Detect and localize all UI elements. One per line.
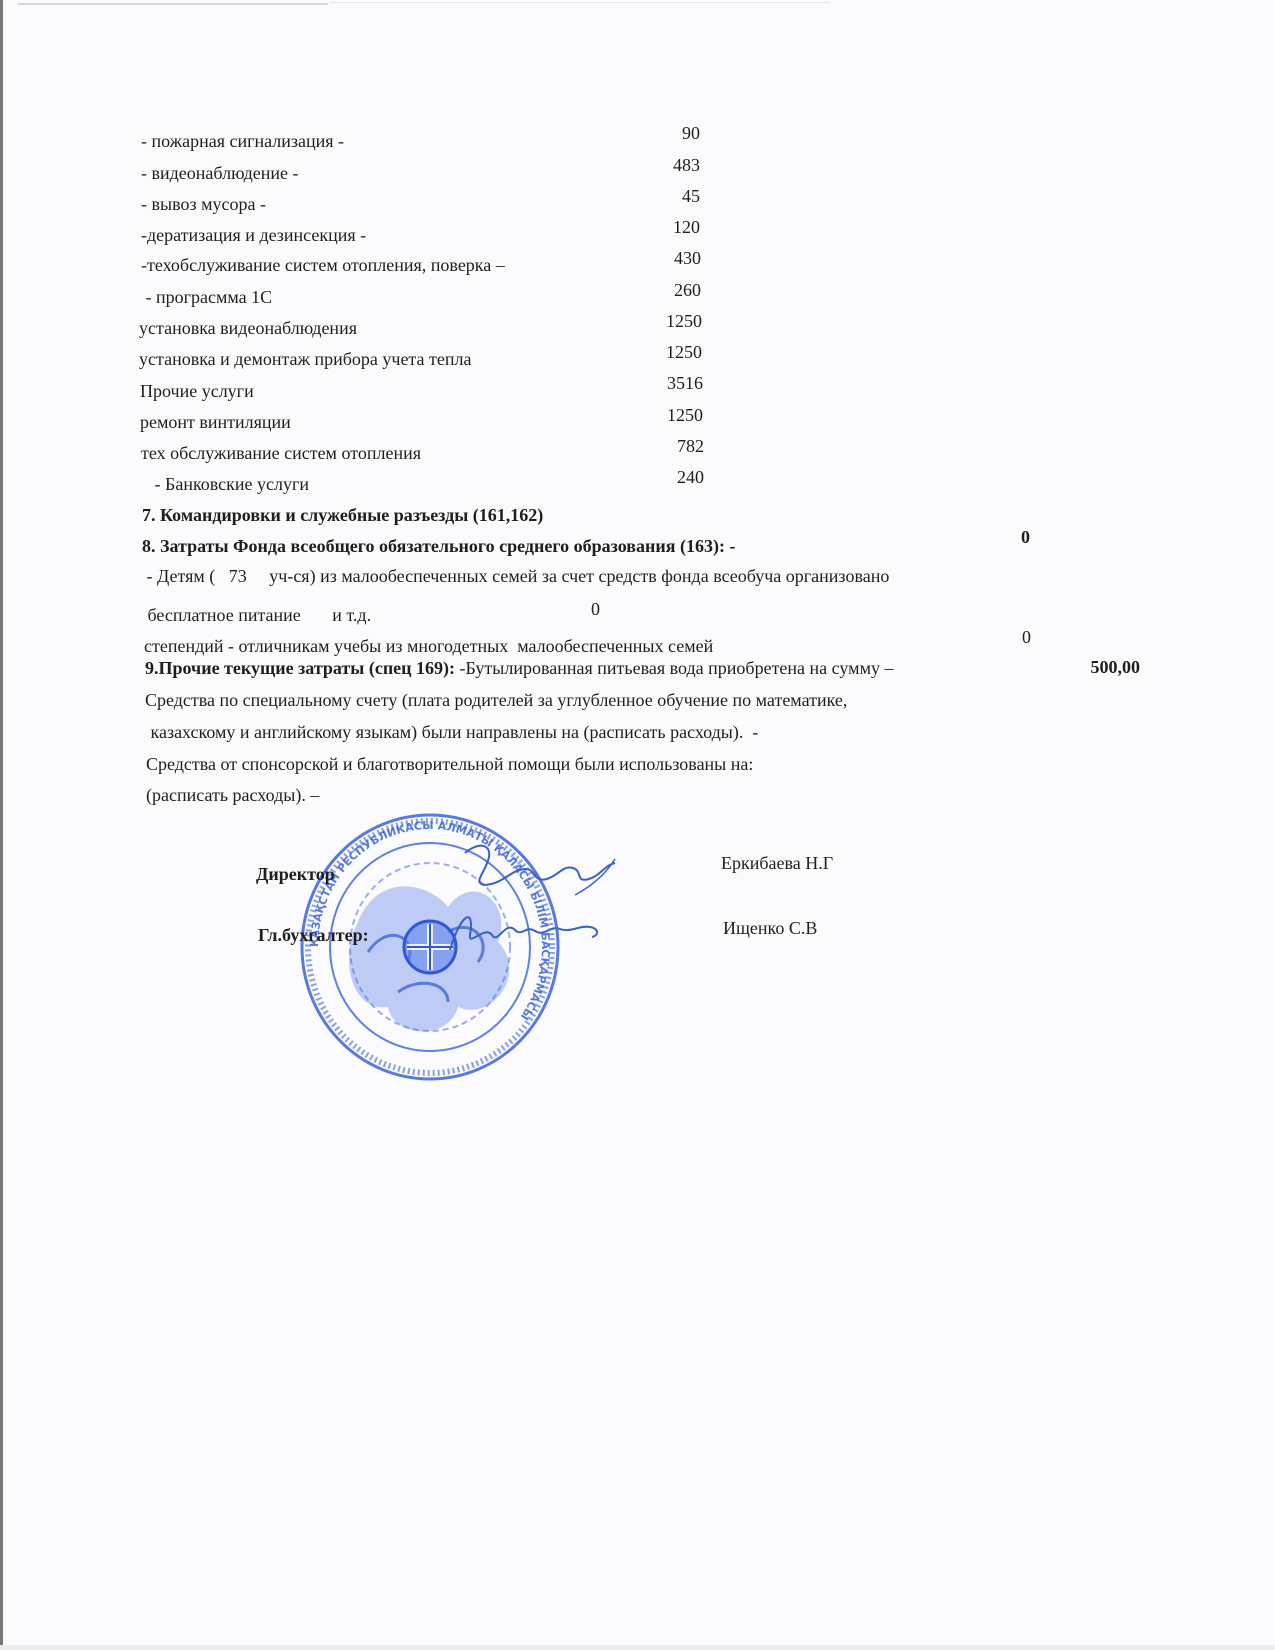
service-label: - пожарная сигнализация -: [141, 131, 344, 151]
service-value: 430: [621, 248, 701, 268]
accountant-label: Гл.бухгалтер:: [258, 925, 369, 945]
director-name: Еркибаева Н.Г: [721, 853, 833, 873]
section-8-line-children: - Детям ( 73 уч-ся) из малообеспеченных …: [142, 566, 889, 586]
service-value: 1250: [623, 405, 703, 425]
section-7-heading: 7. Командировки и служебные разъезды (16…: [142, 505, 543, 525]
scan-edge-bottom: [0, 1645, 1275, 1650]
service-value: 782: [624, 436, 704, 456]
scan-edge-top-faint: [330, 2, 830, 3]
service-label: установка и демонтаж прибора учета тепла: [139, 349, 471, 369]
service-value: 1250: [622, 342, 702, 362]
service-value: 45: [620, 186, 700, 206]
service-label: - вывоз мусора -: [141, 194, 266, 214]
service-label: установка видеонаблюдения: [139, 318, 357, 338]
service-value: 483: [620, 155, 700, 175]
service-value: 260: [621, 280, 701, 300]
section-9-value: 500,00: [1060, 657, 1140, 677]
scan-edge-top: [18, 3, 328, 5]
section-8-line-meals: бесплатное питание и т.д.: [143, 605, 371, 625]
service-label: -дератизация и дезинсекция -: [141, 225, 366, 245]
section-8-stipends-value: 0: [951, 627, 1031, 647]
sponsorship-paragraph-2: (расписать расходы). –: [146, 785, 319, 805]
accountant-signature: [430, 895, 610, 965]
section-9-heading: 9.Прочие текущие затраты (спец 169):: [145, 658, 460, 678]
service-label: тех обслуживание систем отопления: [141, 443, 421, 463]
section-9-line: 9.Прочие текущие затраты (спец 169): -Бу…: [145, 658, 893, 678]
service-label: Прочие услуги: [140, 381, 254, 401]
special-account-paragraph-1: Средства по специальному счету (плата ро…: [145, 690, 847, 710]
sponsorship-paragraph-1: Средства от спонсорской и благотворитель…: [146, 754, 753, 774]
service-label: -техобслуживание систем отопления, повер…: [141, 255, 505, 275]
scan-edge-left: [0, 0, 3, 1650]
service-label: - видеонаблюдение -: [141, 163, 299, 183]
service-label: - програсмма 1С: [141, 287, 272, 307]
accountant-name: Ищенко С.В: [723, 918, 817, 938]
service-value: 90: [620, 123, 700, 143]
special-account-paragraph-2: казахскому и английскому языкам) были на…: [146, 722, 758, 742]
service-value: 1250: [622, 311, 702, 331]
service-label: - Банковские услуги: [141, 474, 309, 494]
service-value: 120: [620, 217, 700, 237]
section-8-line-stipends: степендий - отличникам учебы из многодет…: [144, 636, 713, 656]
service-value: 240: [624, 467, 704, 487]
section-8-value: 0: [950, 527, 1030, 547]
director-label: Директор: [256, 864, 335, 884]
section-9-text: -Бутылированная питьевая вода приобретен…: [460, 658, 894, 678]
section-8-meals-value: 0: [520, 599, 600, 619]
service-label: ремонт винтиляции: [140, 412, 291, 432]
section-8-heading: 8. Затраты Фонда всеобщего обязательного…: [142, 536, 735, 556]
service-value: 3516: [623, 373, 703, 393]
